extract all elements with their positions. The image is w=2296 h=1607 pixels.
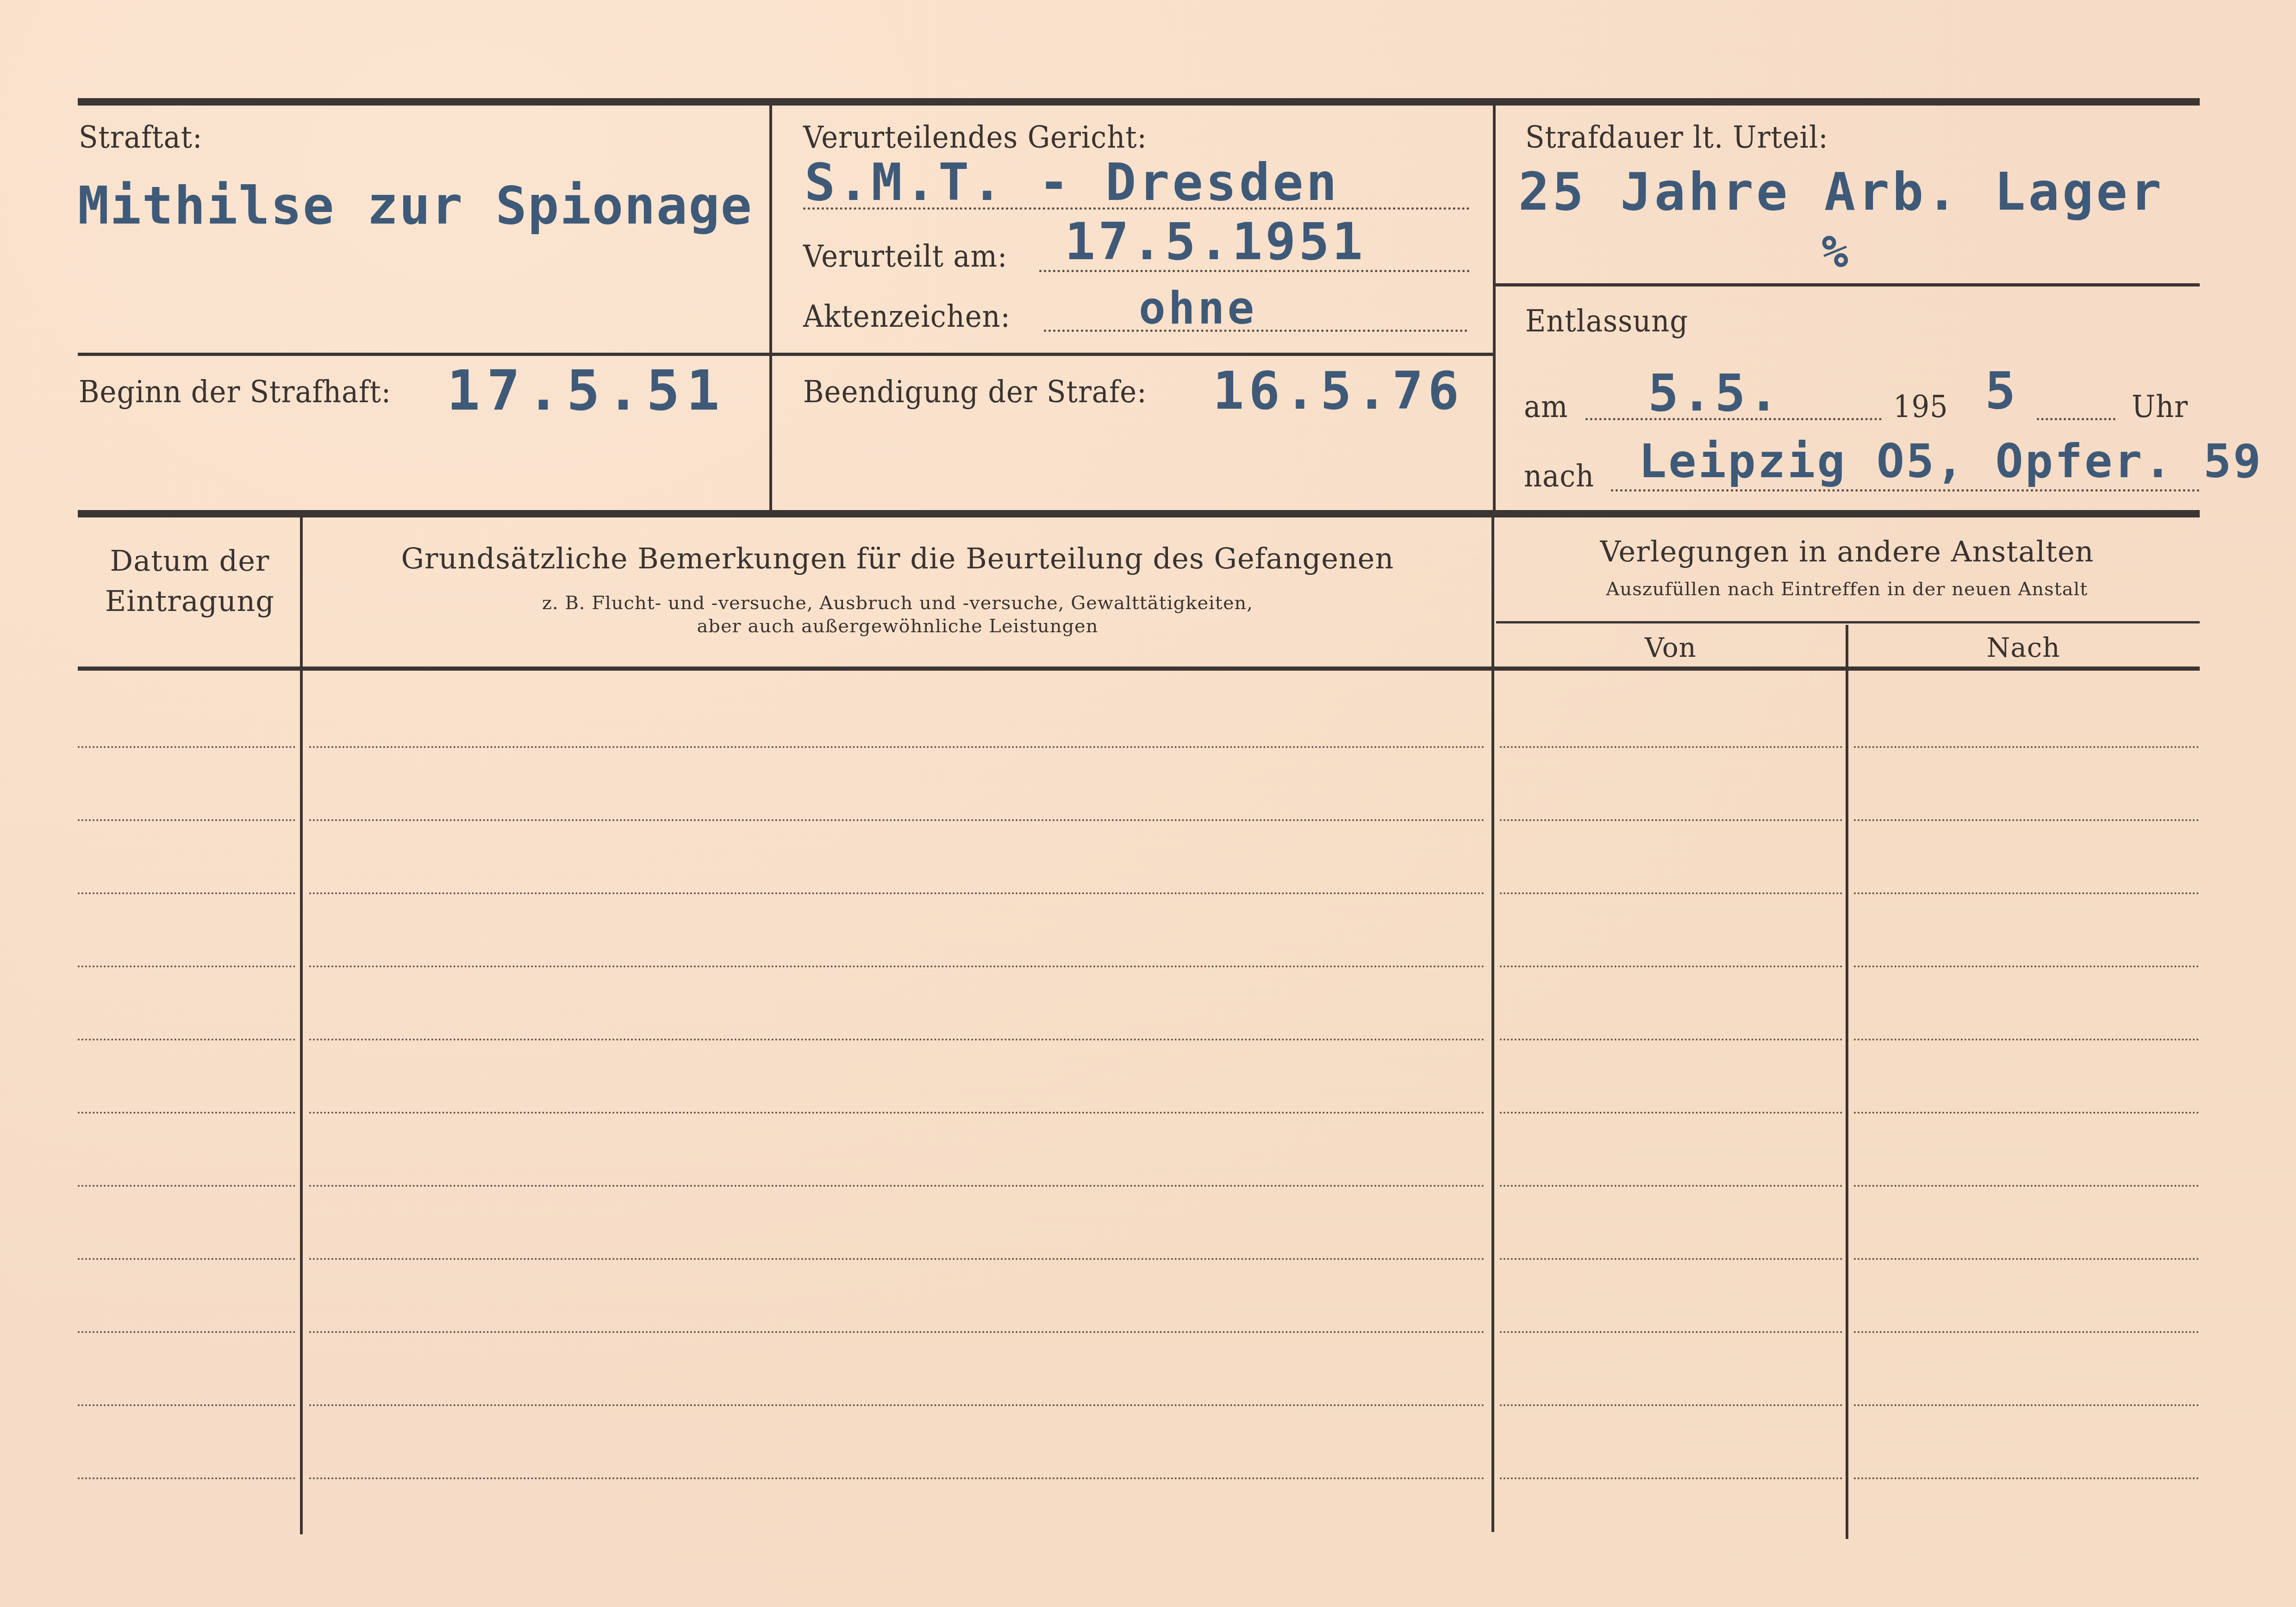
gericht-value: S.M.T. - Dresden	[805, 153, 1340, 212]
row-dotted-line	[309, 1477, 1485, 1479]
col-bemerkungen-sub2: aber auch außergewöhnliche Leistungen	[304, 616, 1491, 637]
col-bemerkungen-sub1: z. B. Flucht- und -versuche, Ausbruch un…	[304, 592, 1491, 614]
beginn-value: 17.5.51	[447, 359, 726, 423]
row-dotted-line	[1500, 1258, 1842, 1260]
col-verlegungen-title: Verlegungen in andere Anstalten	[1494, 535, 2200, 568]
row-dotted-line	[1500, 1331, 1842, 1333]
row-dotted-line	[1854, 892, 2199, 894]
row-dotted-line	[309, 746, 1485, 748]
table-top-rule	[78, 510, 2200, 517]
beendigung-label: Beendigung der Strafe:	[803, 374, 1147, 410]
divider-von-nach	[1846, 625, 1848, 1539]
entlassung-am-label: am	[1524, 389, 1568, 424]
row-dotted-line	[1854, 1331, 2199, 1333]
row-dotted-line	[1854, 1112, 2199, 1114]
entlassung-am-value: 5.5.	[1648, 363, 1782, 423]
col-verlegungen-sub: Auszufüllen nach Eintreffen in der neuen…	[1494, 579, 2200, 600]
divider-bemerkungen-verlegungen	[1491, 516, 1494, 1532]
row-dotted-line	[78, 1477, 295, 1479]
row-dotted-line	[78, 1185, 295, 1187]
header-bottom-rule	[78, 666, 2200, 671]
row-dotted-line	[78, 1404, 295, 1406]
beginn-label: Beginn der Strafhaft:	[79, 374, 391, 410]
col-von-header: Von	[1494, 632, 1847, 663]
row-dotted-line	[1854, 746, 2199, 748]
verurteilt-am-label: Verurteilt am:	[803, 238, 1007, 274]
verurteilt-am-value: 17.5.1951	[1065, 212, 1366, 271]
col-datum-header-line1: Datum der	[79, 544, 301, 578]
row-dotted-line	[309, 1185, 1485, 1187]
row-dotted-line	[78, 746, 295, 748]
row-dotted-line	[78, 1112, 295, 1114]
row-dotted-line	[1500, 1185, 1842, 1187]
row-dotted-line	[1500, 1039, 1842, 1040]
entlassung-uhr-dotted-line	[2037, 418, 2115, 420]
verurteilt-am-dotted-line	[1039, 270, 1470, 272]
strafdauer-bottom-rule	[1494, 283, 2200, 287]
strafdauer-label: Strafdauer lt. Urteil:	[1525, 119, 1828, 155]
row-dotted-line	[78, 892, 295, 894]
mid-rule-left	[78, 353, 1494, 356]
row-dotted-line	[1500, 892, 1842, 894]
entlassung-year-suffix: 5	[1985, 361, 2018, 420]
divider-datum-bemerkungen	[300, 516, 303, 1534]
row-dotted-line	[1500, 1404, 1842, 1406]
divider-gericht-strafdauer	[1493, 103, 1496, 514]
straftat-label: Straftat:	[79, 119, 202, 155]
col-datum-header-line2: Eintragung	[79, 584, 301, 618]
aktenzeichen-dotted-line	[1044, 330, 1467, 332]
row-dotted-line	[309, 1404, 1485, 1406]
entlassung-nach-label: nach	[1524, 458, 1594, 494]
col-nach-header: Nach	[1847, 632, 2200, 663]
entlassung-am-dotted-line	[1585, 418, 1882, 420]
row-dotted-line	[1500, 965, 1842, 967]
beendigung-value: 16.5.76	[1213, 361, 1464, 421]
straftat-value: Mithilse zur Spionage	[78, 176, 753, 236]
row-dotted-line	[309, 1039, 1485, 1040]
row-dotted-line	[1500, 1112, 1842, 1114]
gericht-label: Verurteilendes Gericht:	[803, 119, 1147, 155]
entlassung-nach-dotted-line	[1611, 489, 2200, 492]
row-dotted-line	[78, 819, 295, 821]
row-dotted-line	[78, 1258, 295, 1260]
entlassung-label: Entlassung	[1525, 303, 1688, 339]
row-dotted-line	[1854, 1404, 2199, 1406]
row-dotted-line	[1854, 819, 2199, 821]
row-dotted-line	[1854, 965, 2199, 967]
entlassung-year-prefix: 195	[1893, 389, 1948, 424]
top-rule	[78, 98, 2200, 106]
row-dotted-line	[1854, 1258, 2199, 1260]
row-dotted-line	[1500, 746, 1842, 748]
verlegungen-subrule	[1496, 621, 2200, 623]
aktenzeichen-value: ohne	[1139, 282, 1257, 334]
gericht-dotted-line	[803, 207, 1470, 210]
row-dotted-line	[309, 819, 1485, 821]
row-dotted-line	[1854, 1477, 2199, 1479]
row-dotted-line	[1854, 1039, 2199, 1040]
row-dotted-line	[78, 1039, 295, 1040]
row-dotted-line	[309, 892, 1485, 894]
entlassung-nach-value: Leipzig O5, Opfer. 59	[1639, 434, 2263, 488]
row-dotted-line	[309, 1331, 1485, 1333]
entlassung-uhr-label: Uhr	[2132, 389, 2188, 424]
row-dotted-line	[1854, 1185, 2199, 1187]
row-dotted-line	[1500, 1477, 1842, 1479]
row-dotted-line	[1500, 819, 1842, 821]
row-dotted-line	[309, 1112, 1485, 1114]
row-dotted-line	[78, 965, 295, 967]
aktenzeichen-label: Aktenzeichen:	[803, 299, 1011, 334]
strafdauer-mark: %	[1822, 226, 1851, 278]
strafdauer-value: 25 Jahre Arb. Lager	[1518, 162, 2164, 222]
row-dotted-line	[78, 1331, 295, 1333]
col-bemerkungen-title: Grundsätzliche Bemerkungen für die Beurt…	[304, 542, 1491, 575]
divider-straftat-gericht	[769, 103, 772, 514]
row-dotted-line	[309, 1258, 1485, 1260]
row-dotted-line	[309, 965, 1485, 967]
